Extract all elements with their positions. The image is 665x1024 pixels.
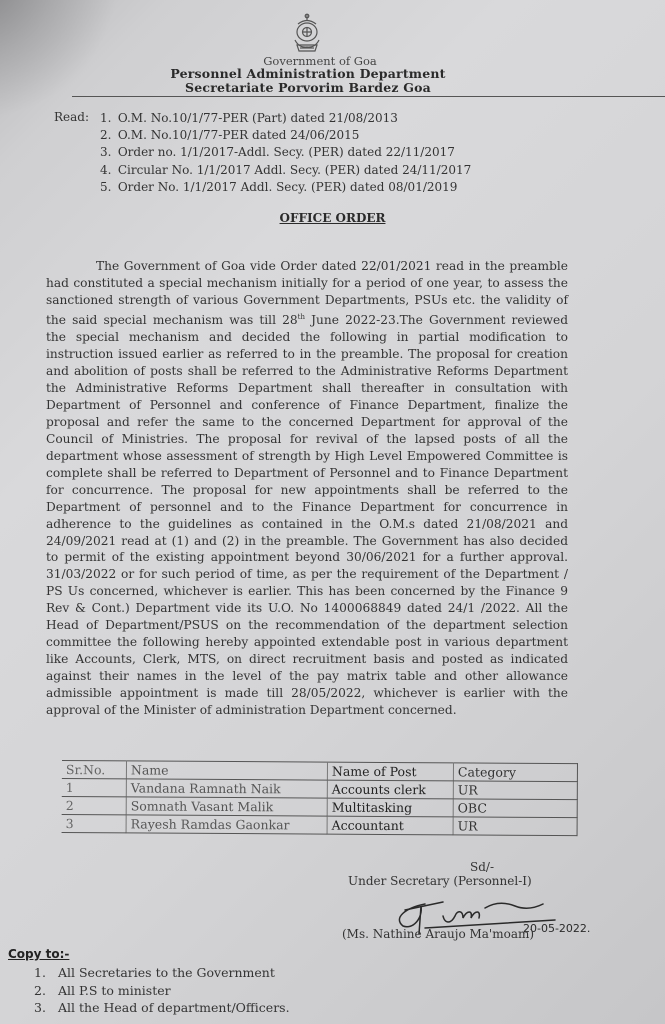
cell-name: Rayesh Ramdas Gaonkar — [126, 815, 327, 834]
copy-to-number: 1. — [34, 964, 58, 982]
copy-to-item: 3.All the Head of department/Officers. — [34, 999, 290, 1017]
cell-category: UR — [453, 781, 577, 800]
copy-to-number: 3. — [34, 999, 58, 1017]
reference-item: 5. Order No. 1/1/2017 Addl. Secy. (PER) … — [100, 179, 471, 196]
copy-to-text: All P.S to minister — [58, 983, 171, 998]
copy-to-list: 1.All Secretaries to the Government 2.Al… — [34, 964, 290, 1017]
cell-sr-no: 2 — [62, 796, 127, 814]
copy-to-number: 2. — [34, 982, 58, 1000]
reference-text: O.M. No.10/1/77-PER dated 24/06/2015 — [118, 128, 360, 142]
cell-name: Vandana Ramnath Naik — [126, 779, 327, 798]
cell-sr-no: 1 — [62, 778, 127, 796]
cell-name: Somnath Vasant Malik — [126, 797, 327, 816]
department-address: Secretariate Porvorim Bardez Goa — [0, 80, 616, 95]
copy-to-text: All the Head of department/Officers. — [58, 1000, 290, 1015]
signed-mark: Sd/- — [470, 860, 494, 874]
header-category: Category — [453, 763, 577, 782]
cell-category: UR — [453, 817, 577, 836]
reference-text: Order No. 1/1/2017 Addl. Secy. (PER) dat… — [118, 180, 458, 194]
order-body-paragraph: The Government of Goa vide Order dated 2… — [46, 258, 568, 719]
header-name: Name — [126, 761, 327, 780]
department-name: Personnel Administration Department — [0, 66, 616, 81]
signatory-designation: Under Secretary (Personnel-I) — [348, 874, 532, 888]
signatory-name: (Ms. Nathine Araujo Ma'moam) — [342, 927, 534, 941]
document-title: OFFICE ORDER — [0, 211, 665, 225]
table-row: 3 Rayesh Ramdas Gaonkar Accountant UR — [62, 814, 578, 835]
reference-number: 4. — [100, 162, 114, 179]
reference-number: 3. — [100, 144, 114, 161]
ordinal-suffix: th — [298, 313, 305, 321]
header-divider — [72, 96, 665, 97]
body-text-part-2: June 2022-23.The Government reviewed the… — [46, 313, 568, 717]
appointment-table: Sr.No. Name Name of Post Category 1 Vand… — [62, 760, 578, 836]
cell-category: OBC — [453, 799, 577, 818]
cell-post: Multitasking — [327, 798, 453, 817]
reference-item: 2. O.M. No.10/1/77-PER dated 24/06/2015 — [100, 127, 471, 144]
reference-number: 2. — [100, 127, 114, 144]
cell-post: Accountant — [327, 816, 453, 835]
reference-item: 4. Circular No. 1/1/2017 Addl. Secy. (PE… — [100, 162, 471, 179]
reference-text: Order no. 1/1/2017-Addl. Secy. (PER) dat… — [118, 145, 455, 159]
reference-item: 3. Order no. 1/1/2017-Addl. Secy. (PER) … — [100, 144, 471, 161]
cell-sr-no: 3 — [62, 814, 127, 832]
reference-number: 5. — [100, 179, 114, 196]
reference-item: 1. O.M. No.10/1/77-PER (Part) dated 21/0… — [100, 110, 471, 127]
office-order-document: Government of Goa Personnel Administrati… — [0, 0, 665, 1024]
cell-post: Accounts clerk — [327, 780, 453, 799]
header-sr-no: Sr.No. — [62, 761, 127, 779]
reference-text: O.M. No.10/1/77-PER (Part) dated 21/08/2… — [118, 111, 398, 125]
copy-to-item: 1.All Secretaries to the Government — [34, 964, 290, 982]
reference-number: 1. — [100, 110, 114, 127]
copy-to-label: Copy to:- — [8, 947, 69, 961]
read-label: Read: — [54, 110, 89, 124]
goa-emblem-icon — [290, 12, 324, 54]
header-post: Name of Post — [327, 762, 453, 781]
reference-list: 1. O.M. No.10/1/77-PER (Part) dated 21/0… — [100, 110, 471, 196]
copy-to-item: 2.All P.S to minister — [34, 982, 290, 1000]
reference-text: Circular No. 1/1/2017 Addl. Secy. (PER) … — [118, 163, 471, 177]
copy-to-text: All Secretaries to the Government — [58, 965, 275, 980]
